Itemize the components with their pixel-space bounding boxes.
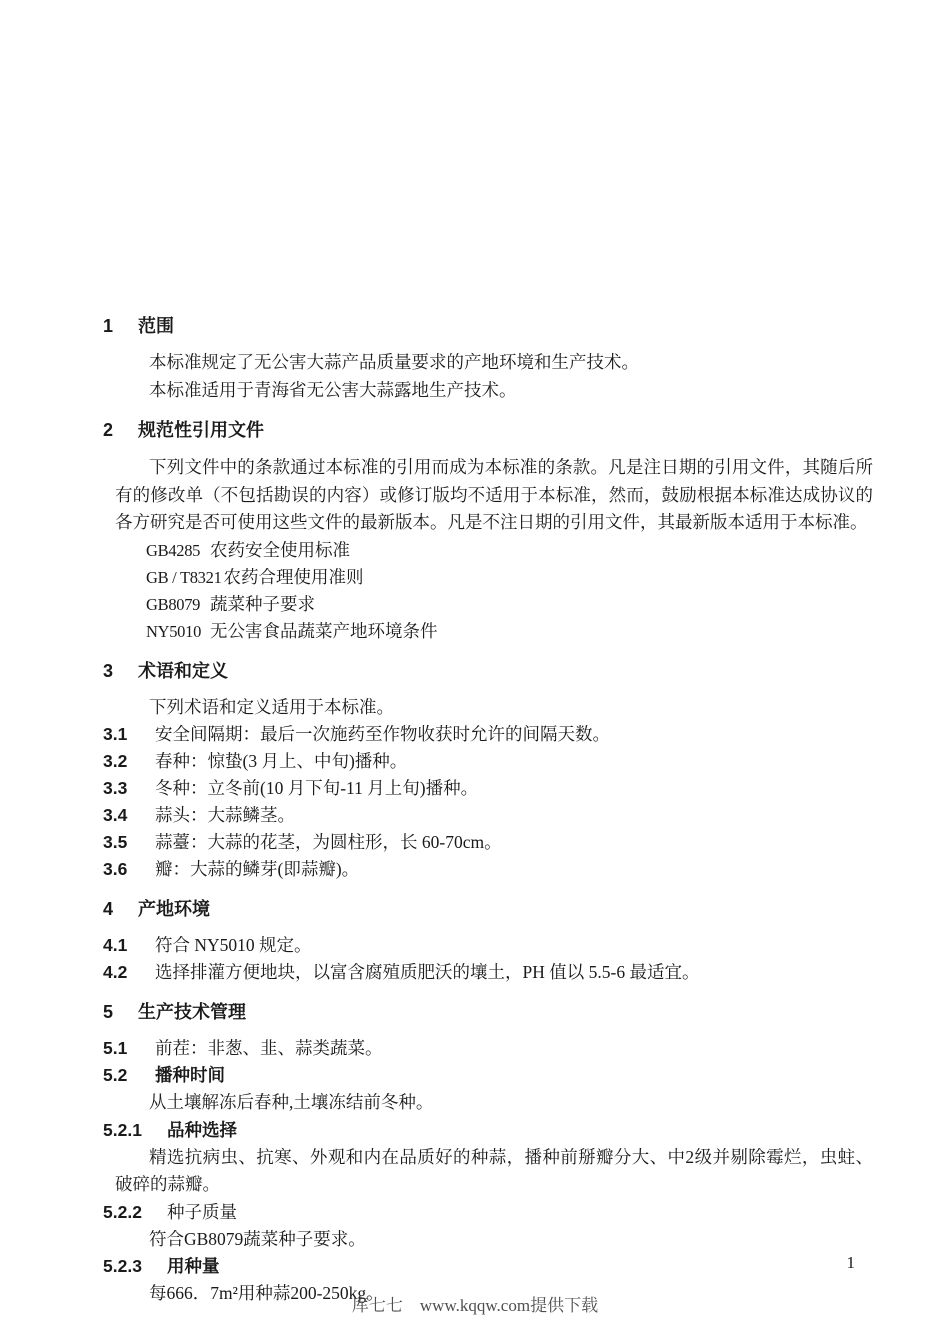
reference-row: GB / T8321农药合理使用准则 [146,564,873,591]
clause-4-1: 4.1符合 NY5010 规定。 [103,932,873,959]
clause-5-2-1-body: 精选抗病虫、抗寒、外观和内在品质好的种蒜，播种前掰瓣分大、中2级并剔除霉烂，虫蛀… [115,1144,873,1199]
clause-number: 3.4 [103,802,155,829]
section-3-heading: 3术语和定义 [103,658,873,685]
clause-text: 前茬：非葱、韭、蒜类蔬菜。 [155,1038,383,1058]
section-1-heading: 1范围 [103,313,873,340]
section-3-number: 3 [103,658,138,685]
section-4-title: 产地环境 [138,899,210,919]
page-number: 1 [847,1252,856,1274]
section-4-heading: 4产地环境 [103,896,873,923]
clause-5-2-1-heading: 5.2.1品种选择 [103,1117,873,1144]
section-3-title: 术语和定义 [138,661,228,681]
section-1-title: 范围 [138,316,174,336]
section-5-heading: 5生产技术管理 [103,999,873,1026]
section-4-number: 4 [103,896,138,923]
clause-5-2-2-heading: 5.2.2种子质量 [103,1199,873,1226]
clause-number: 3.6 [103,856,155,883]
clause-5-1: 5.1前茬：非葱、韭、蒜类蔬菜。 [103,1035,873,1062]
section-1-paragraph-2: 本标准适用于青海省无公害大蒜露地生产技术。 [115,377,873,405]
clause-5-2-body: 从土壤解冻后春种,土壤冻结前冬种。 [115,1089,873,1117]
clause-3-2: 3.2春种：惊蛰(3 月上、中旬)播种。 [103,748,873,775]
clause-text: 瓣：大蒜的鳞芽(即蒜瓣)。 [155,859,359,879]
reference-title: 无公害食品蔬菜产地环境条件 [208,621,438,641]
clause-number: 4.2 [103,959,155,986]
clause-5-2-2-body: 符合GB8079蔬菜种子要求。 [115,1226,873,1254]
section-1-paragraph-1: 本标准规定了无公害大蒜产品质量要求的产地环境和生产技术。 [115,349,873,377]
clause-text: 春种：惊蛰(3 月上、中旬)播种。 [155,751,407,771]
reference-code: GB4285 [146,537,208,564]
reference-title: 蔬菜种子要求 [208,594,315,614]
reference-code: GB / T8321 [146,564,222,591]
clause-text: 蒜头：大蒜鳞茎。 [155,805,295,825]
clause-number: 5.2.1 [103,1117,167,1144]
clause-text: 符合 NY5010 规定。 [155,935,312,955]
section-5-number: 5 [103,999,138,1026]
section-1-number: 1 [103,313,138,340]
clause-5-2-heading: 5.2播种时间 [103,1062,873,1089]
clause-number: 3.3 [103,775,155,802]
clause-number: 3.2 [103,748,155,775]
document-content: 1范围 本标准规定了无公害大蒜产品质量要求的产地环境和生产技术。 本标准适用于青… [103,300,873,1308]
watermark-footer: 库七七 www.kqqw.com提供下载 [0,1294,950,1318]
clause-3-1: 3.1安全间隔期：最后一次施药至作物收获时允许的间隔天数。 [103,721,873,748]
section-2-intro: 下列文件中的条款通过本标准的引用而成为本标准的条款。凡是注日期的引用文件，其随后… [115,454,873,537]
clause-number: 5.2.3 [103,1253,167,1280]
reference-row: GB4285农药安全使用标准 [146,537,873,564]
document-page: 1范围 本标准规定了无公害大蒜产品质量要求的产地环境和生产技术。 本标准适用于青… [0,0,950,1344]
clause-4-2: 4.2选择排灌方便地块，以富含腐殖质肥沃的壤土，PH 值以 5.5-6 最适宜。 [103,959,873,986]
clause-number: 5.2 [103,1062,155,1089]
clause-number: 3.1 [103,721,155,748]
clause-3-5: 3.5蒜薹：大蒜的花茎，为圆柱形，长 60-70cm。 [103,829,873,856]
reference-title: 农药合理使用准则 [222,567,364,587]
clause-number: 4.1 [103,932,155,959]
section-2-number: 2 [103,417,138,444]
reference-title: 农药安全使用标准 [208,540,350,560]
clause-number: 3.5 [103,829,155,856]
reference-row: NY5010无公害食品蔬菜产地环境条件 [146,618,873,645]
clause-title: 品种选择 [167,1120,237,1140]
clause-text: 选择排灌方便地块，以富含腐殖质肥沃的壤土，PH 值以 5.5-6 最适宜。 [155,962,699,982]
clause-number: 5.2.2 [103,1199,167,1226]
reference-code: GB8079 [146,591,208,618]
clause-text: 蒜薹：大蒜的花茎，为圆柱形，长 60-70cm。 [155,832,502,852]
clause-text: 安全间隔期：最后一次施药至作物收获时允许的间隔天数。 [155,724,610,744]
clause-text: 冬种：立冬前(10 月下旬-11 月上旬)播种。 [155,778,478,798]
clause-3-6: 3.6瓣：大蒜的鳞芽(即蒜瓣)。 [103,856,873,883]
reference-code: NY5010 [146,618,208,645]
reference-row: GB8079蔬菜种子要求 [146,591,873,618]
section-2-heading: 2规范性引用文件 [103,417,873,444]
clause-5-2-3-heading: 5.2.3用种量 [103,1253,873,1280]
section-3-intro: 下列术语和定义适用于本标准。 [115,694,873,722]
clause-3-3: 3.3冬种：立冬前(10 月下旬-11 月上旬)播种。 [103,775,873,802]
section-2-title: 规范性引用文件 [138,420,264,440]
section-5-title: 生产技术管理 [138,1002,246,1022]
clause-title: 种子质量 [167,1202,237,1222]
clause-3-4: 3.4蒜头：大蒜鳞茎。 [103,802,873,829]
clause-title: 用种量 [167,1256,220,1276]
clause-title: 播种时间 [155,1065,225,1085]
clause-number: 5.1 [103,1035,155,1062]
